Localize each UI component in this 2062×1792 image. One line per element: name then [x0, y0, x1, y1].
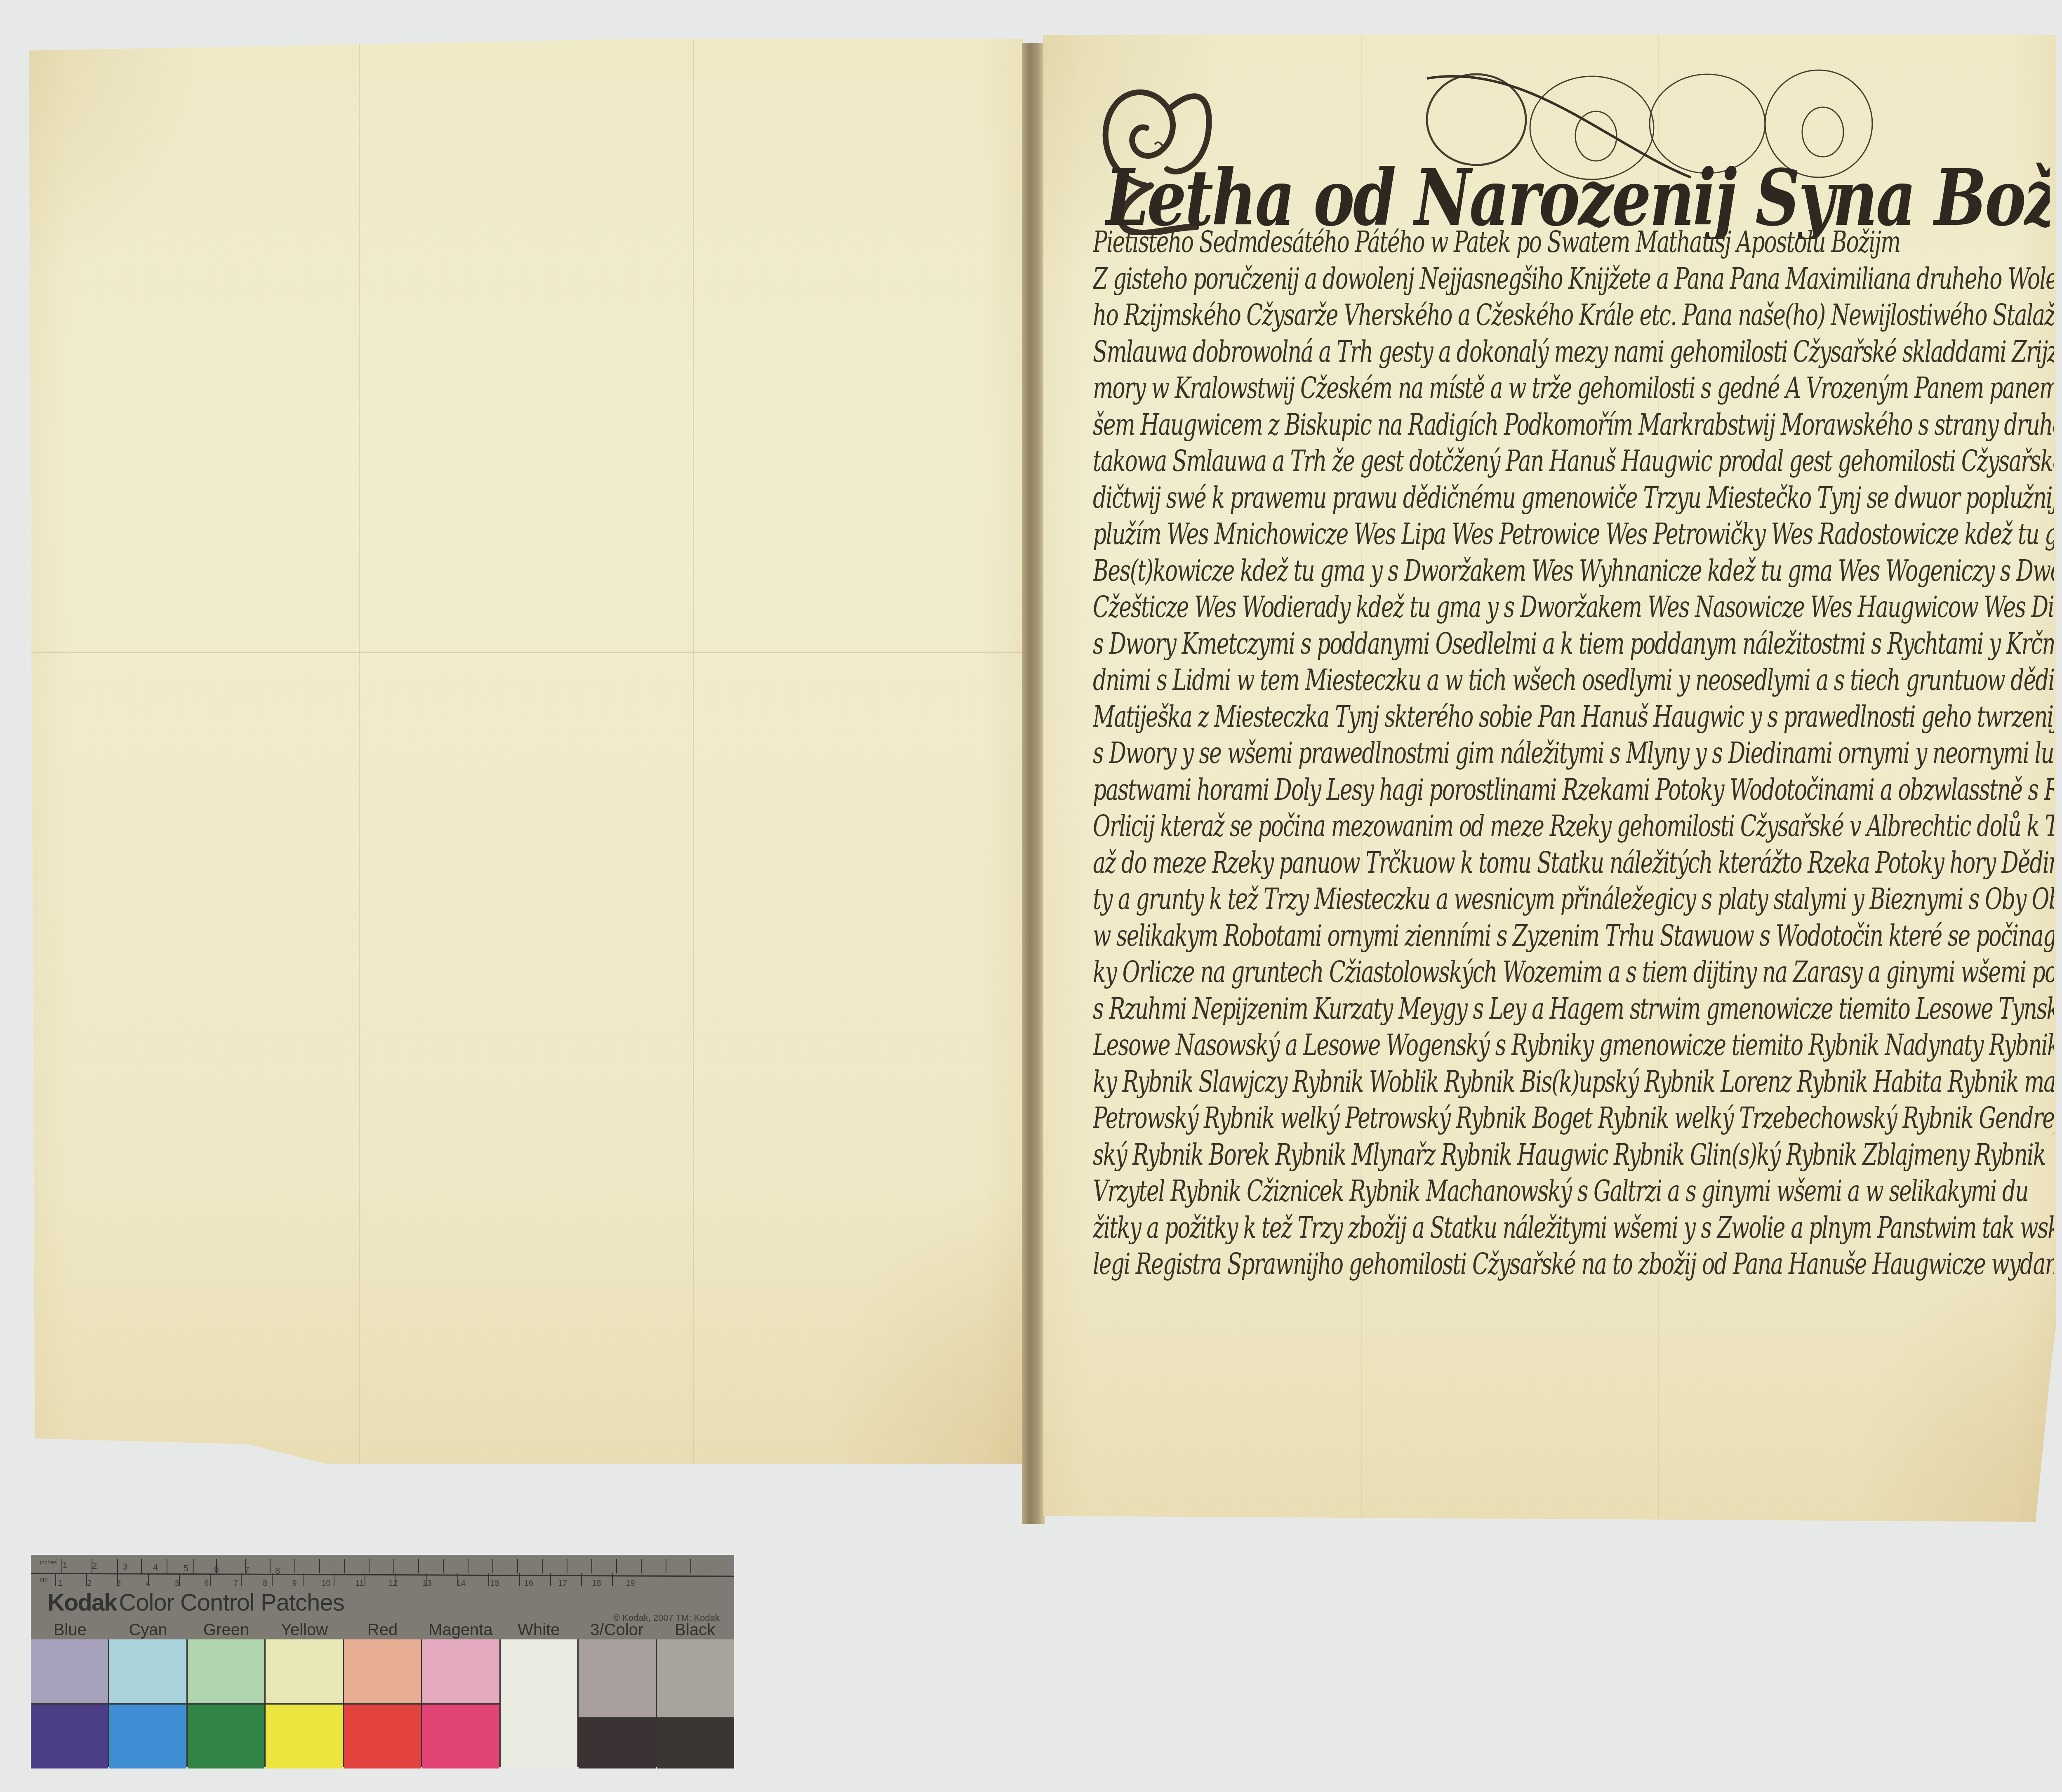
patch-label-blue: Blue — [31, 1621, 109, 1639]
patch-cyan — [108, 1639, 186, 1767]
kodak-brand-title: KodakColor Control Patches — [47, 1589, 344, 1616]
fold-crease-vertical — [693, 39, 694, 1464]
cm-tick-label: 16 — [524, 1579, 533, 1588]
manuscript-body: Pietistého Sedmdesátého Pátého w Patek p… — [1093, 231, 2054, 1290]
inch-tick-label: 8 — [275, 1566, 280, 1576]
cm-tick-labels: 1 2 3 4 5 6 7 8 9 10 11 12 13 14 15 16 1… — [58, 1579, 635, 1588]
inch-tick-label: 6 — [214, 1564, 219, 1575]
cm-tick-label: 8 — [263, 1579, 267, 1588]
cm-tick-label: 6 — [204, 1579, 209, 1588]
patch-blue — [31, 1639, 108, 1767]
cm-tick-label: 11 — [355, 1579, 364, 1588]
cm-tick-label: 19 — [626, 1579, 635, 1588]
cm-tick-label: 5 — [175, 1579, 179, 1588]
patch-label-white: White — [500, 1621, 578, 1639]
inch-tick-label: 1 — [62, 1560, 67, 1571]
patch-3color — [577, 1639, 656, 1767]
kodak-logo: Kodak — [47, 1589, 116, 1616]
cm-tick-label: 3 — [116, 1579, 121, 1588]
binding-spine — [1022, 43, 1045, 1524]
cm-tick-label: 10 — [321, 1579, 330, 1588]
strip-title: Color Control Patches — [119, 1589, 344, 1616]
patch-label-cyan: Cyan — [109, 1621, 187, 1639]
inch-tick-label: 5 — [184, 1563, 188, 1574]
patch-label-magenta: Magenta — [421, 1621, 499, 1639]
inch-tick-label: 7 — [245, 1565, 250, 1575]
cm-tick-label: 13 — [422, 1579, 431, 1588]
cm-tick-label: 2 — [87, 1579, 92, 1588]
left-page-blank — [29, 39, 1023, 1464]
cm-tick-label: 18 — [592, 1579, 601, 1588]
patch-labels: Blue Cyan Green Yellow Red Magenta White… — [31, 1621, 734, 1639]
cm-tick-label: 14 — [457, 1579, 466, 1588]
fold-crease-vertical — [359, 39, 360, 1464]
manuscript-line: legi Registra Sprawnijho gehomilosti Cžy… — [1093, 1240, 2054, 1289]
patch-label-3color: 3/Color — [578, 1621, 656, 1639]
cm-tick-label: 17 — [558, 1579, 567, 1588]
patch-white — [499, 1639, 578, 1767]
inch-tick-label: 2 — [92, 1561, 97, 1571]
cm-tick-label: 1 — [58, 1579, 62, 1588]
patch-label-green: Green — [187, 1621, 265, 1639]
patch-red — [343, 1639, 421, 1767]
ruler-cm-label: cm — [40, 1576, 48, 1583]
cm-tick-label: 9 — [292, 1579, 297, 1588]
patch-label-red: Red — [344, 1621, 421, 1639]
cm-tick-label: 4 — [146, 1579, 150, 1588]
inch-tick-label: 4 — [153, 1562, 158, 1573]
cm-tick-label: 12 — [388, 1579, 398, 1588]
patch-label-yellow: Yellow — [265, 1621, 343, 1639]
patch-magenta — [421, 1639, 499, 1767]
kodak-color-control-strip: inches cm 1 2 3 4 5 6 7 8 1 2 3 4 5 6 7 … — [31, 1555, 734, 1767]
color-patches — [31, 1639, 734, 1767]
ruler-inches-label: inches — [40, 1559, 56, 1566]
inch-tick-label: 3 — [122, 1561, 127, 1572]
cm-tick-label: 15 — [490, 1579, 499, 1588]
patch-label-black: Black — [656, 1621, 734, 1639]
fold-crease-horizontal — [29, 652, 1023, 653]
patch-black — [656, 1639, 734, 1767]
patch-yellow — [264, 1639, 343, 1767]
patch-green — [186, 1639, 265, 1767]
cm-tick-label: 7 — [233, 1579, 238, 1588]
